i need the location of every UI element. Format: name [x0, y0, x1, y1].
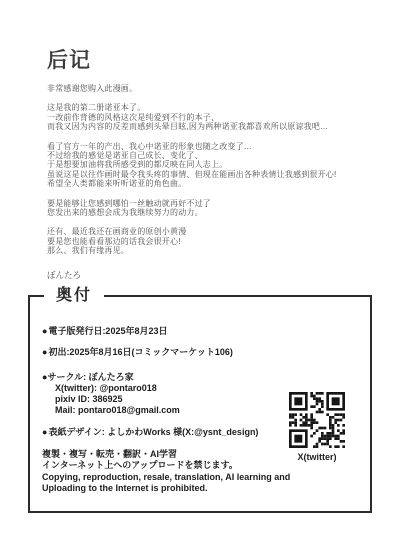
circle-name-text: サークル: ぼんたろ家 — [47, 372, 133, 382]
afterword-line: 您发出来的感想会成为我继续努力的动力。 — [47, 208, 372, 217]
afterword-line: 一改前作背德的风格这次是纯爱到不行的本子、 — [47, 113, 372, 122]
afterword-line: 于是想要加油将我所感受到的都反映在同人志上。 — [47, 160, 372, 169]
afterword-paragraph: 这是我的第二册诺亚本了。 一改前作背德的风格这次是纯爱到不行的本子、 而我又因为… — [47, 103, 372, 131]
afterword-line: 这是我的第二册诺亚本了。 — [47, 103, 372, 112]
afterword-paragraph: 非常感谢您购入此漫画。 — [47, 84, 372, 93]
afterword-paragraph: 要是能够让您感到哪怕一丝触动就再好不过了 您发出来的感想会成为我继续努力的动力。 — [47, 199, 372, 218]
author-signature: ぼんたろ — [47, 269, 372, 281]
bullet-icon: ● — [42, 347, 47, 357]
colophon-title: 奥付 — [44, 286, 104, 306]
qr-code-image — [289, 392, 345, 448]
afterword-line: 而我又因为内容的反差而感到头晕目眩,因为两种诺亚我都喜欢所以原谅我吧… — [47, 122, 372, 131]
first-publication-date: 初出:2025年8月16日(コミックマーケット106) — [48, 347, 232, 357]
bullet-icon: ● — [42, 326, 47, 336]
afterword-line: 希望全人类都能来听听诺亚的角色曲。 — [47, 179, 372, 188]
colophon-entry-first-publication: ●初出:2025年8月16日(コミックマーケット106) — [42, 347, 358, 357]
afterword-line: 非常感谢您购入此漫画。 — [47, 84, 372, 93]
afterword-title: 后记 — [47, 44, 372, 74]
colophon-box: 奥付 ●電子版発行日:2025年8月23日 ●初出:2025年8月16日(コミッ… — [28, 295, 372, 513]
digital-edition-date: 電子版発行日:2025年8月23日 — [48, 326, 167, 336]
qr-caption: X(twitter) — [288, 452, 346, 462]
afterword-paragraph: 还有、最近我还在画商业的原创小黄漫 要是您也能看看那边的话我会很开心! 那么、我… — [47, 227, 372, 255]
qr-code-block: X(twitter) — [288, 392, 346, 462]
manga-afterword-page: 后记 非常感谢您购入此漫画。 这是我的第二册诺亚本了。 一改前作背德的风格这次是… — [0, 0, 400, 560]
colophon-entry-digital-edition: ●電子版発行日:2025年8月23日 — [42, 326, 358, 336]
circle-name: ●サークル: ぼんたろ家 — [42, 372, 358, 383]
afterword-line: 还有、最近我还在画商业的原创小黄漫 — [47, 227, 372, 236]
afterword-paragraph: 看了官方一年的产出、我心中诺亚的形象也随之改变了… 不过给我的感觉是诺亚自己成长… — [47, 142, 372, 189]
afterword-line: 要是您也能看看那边的话我会很开心! — [47, 237, 372, 246]
cover-design-credit: 表紙デザイン: よしかわWorks 様(X:@ysnt_design) — [48, 427, 258, 437]
afterword-line: 那么、我们有缘再见。 — [47, 246, 372, 255]
prohibition-en-line: Uploading to the Internet is prohibited. — [42, 483, 358, 494]
afterword-section: 后记 非常感谢您购入此漫画。 这是我的第二册诺亚本了。 一改前作背德的风格这次是… — [47, 44, 372, 281]
afterword-line: 要是能够让您感到哪怕一丝触动就再好不过了 — [47, 199, 372, 208]
afterword-line: 看了官方一年的产出、我心中诺亚的形象也随之改变了… — [47, 142, 372, 151]
afterword-line: 虽说这是以往作画时最令我头疼的事情、但现在能画出各种表情让我感到很开心! — [47, 170, 372, 179]
prohibition-en-line: Copying, reproduction, resale, translati… — [42, 472, 358, 483]
bullet-icon: ● — [42, 427, 47, 437]
